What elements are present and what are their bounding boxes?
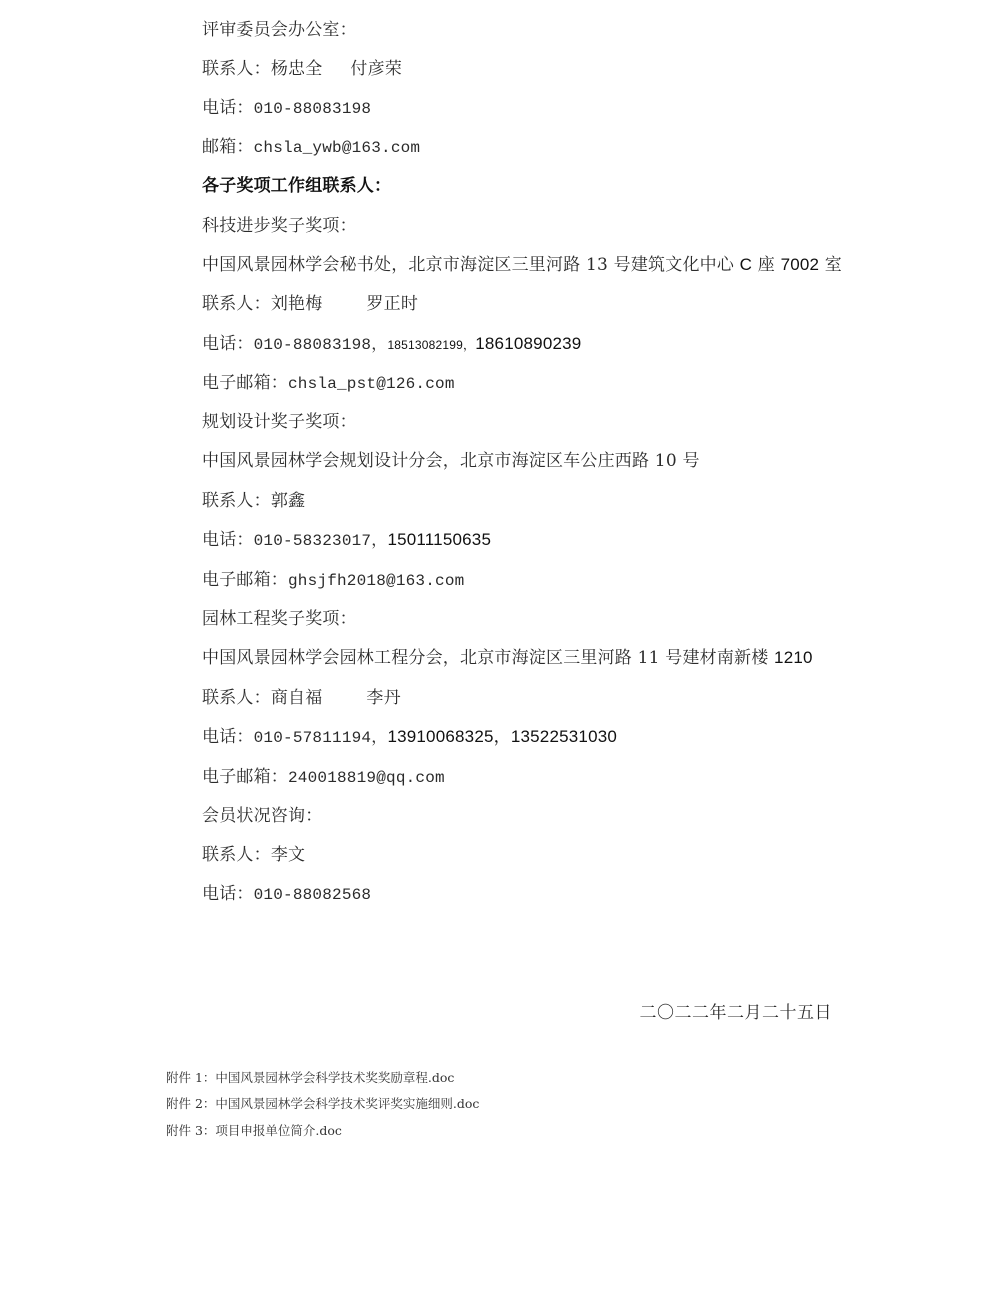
phone-number: 18513082199， — [387, 338, 475, 352]
phone-number: 13522531030 — [511, 727, 617, 746]
subaward-phone: 电话：010-57811194，13910068325，13522531030 — [202, 726, 617, 749]
contact-name: 郭鑫 — [271, 491, 305, 511]
contact-name: 李文 — [271, 845, 305, 865]
contact-name: 商自福 — [271, 688, 323, 708]
contact-name: 李丹 — [366, 688, 400, 708]
phone-number: 010-88083198 — [254, 100, 372, 118]
subawards-heading: 各子奖项工作组联系人： — [202, 175, 391, 197]
phone-number: 18610890239 — [475, 334, 581, 353]
email-address: ghsjfh2018@163.com — [288, 572, 464, 590]
subaward-contacts: 联系人：郭鑫 — [202, 490, 305, 512]
subaward-contacts: 联系人：商自福李丹 — [202, 687, 401, 709]
membership-title: 会员状况咨询： — [202, 805, 322, 827]
subaward-contacts: 联系人：刘艳梅罗正时 — [202, 293, 418, 315]
subaward-title: 规划设计奖子奖项： — [202, 411, 357, 433]
email-address: 240018819@qq.com — [288, 769, 445, 787]
committee-office-heading: 评审委员会办公室： — [202, 19, 357, 41]
phone-number: 010-57811194， — [254, 729, 388, 747]
contact-name: 罗正时 — [366, 294, 418, 314]
attachment-link[interactable]: 附件 2：中国风景园林学会科学技术奖评奖实施细则.doc — [166, 1096, 479, 1112]
phone-number: 010-88082568 — [254, 886, 372, 904]
attachment-link[interactable]: 附件 3：项目申报单位简介.doc — [166, 1123, 342, 1139]
subaward-address: 中国风景园林学会秘书处，北京市海淀区三里河路 13 号建筑文化中心 C 座 70… — [202, 254, 842, 276]
contact-name: 刘艳梅 — [271, 294, 323, 314]
attachment-link[interactable]: 附件 1：中国风景园林学会科学技术奖奖励章程.doc — [166, 1070, 454, 1086]
contact-name: 付彦荣 — [350, 59, 402, 79]
email-address: chsla_ywb@163.com — [254, 139, 421, 157]
committee-office-contacts: 联系人：杨忠全付彦荣 — [202, 58, 402, 80]
phone-number: 15011150635 — [387, 530, 491, 549]
email-address: chsla_pst@126.com — [288, 375, 455, 393]
membership-phone: 电话：010-88082568 — [202, 883, 371, 906]
subaward-email: 电子邮箱：ghsjfh2018@163.com — [202, 569, 464, 592]
document-page: 评审委员会办公室： 联系人：杨忠全付彦荣 电话：010-88083198 邮箱：… — [0, 0, 1000, 1308]
membership-contacts: 联系人：李文 — [202, 844, 305, 866]
document-date: 二〇二二年二月二十五日 — [640, 1002, 833, 1024]
committee-office-phone: 电话：010-88083198 — [202, 97, 371, 120]
subaward-address: 中国风景园林学会园林工程分会，北京市海淀区三里河路 11 号建材南新楼 1210 — [202, 647, 813, 669]
subaward-title: 科技进步奖子奖项： — [202, 215, 357, 237]
subaward-phone: 电话：010-58323017，15011150635 — [202, 529, 491, 552]
committee-office-email: 邮箱：chsla_ywb@163.com — [202, 136, 420, 159]
subaward-email: 电子邮箱：240018819@qq.com — [202, 766, 445, 789]
phone-number: 010-58323017， — [254, 532, 388, 550]
subaward-phone: 电话：010-88083198，18513082199，18610890239 — [202, 333, 581, 356]
subaward-address: 中国风景园林学会规划设计分会，北京市海淀区车公庄西路 10 号 — [202, 450, 700, 472]
contact-name: 杨忠全 — [271, 59, 323, 79]
subaward-title: 园林工程奖子奖项： — [202, 608, 357, 630]
phone-number: 13910068325， — [387, 727, 510, 746]
phone-number: 010-88083198， — [254, 336, 388, 354]
subaward-email: 电子邮箱：chsla_pst@126.com — [202, 372, 455, 395]
